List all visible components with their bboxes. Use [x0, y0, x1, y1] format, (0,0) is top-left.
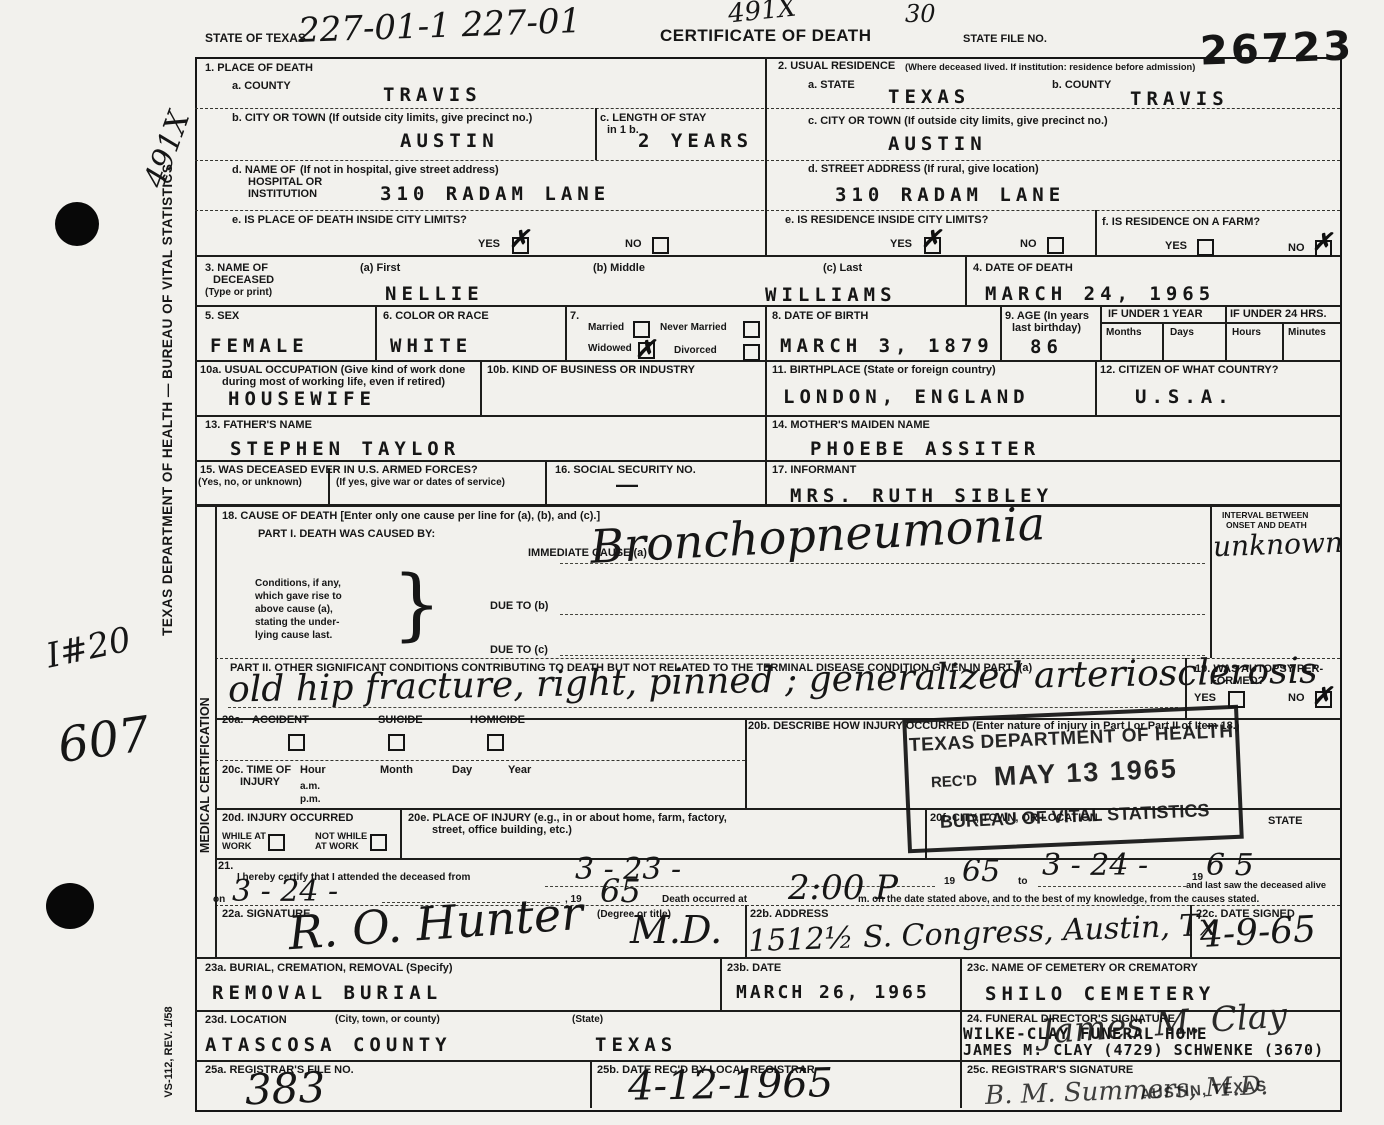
armed-forces-label: 15. WAS DECEASED EVER IN U.S. ARMED FORC… [200, 464, 478, 477]
margin-department-text: TEXAS DEPARTMENT OF HEALTH — BUREAU OF V… [160, 140, 176, 660]
divider-line [565, 305, 567, 360]
handwritten-607: 607 [55, 706, 154, 774]
age-label: 9. AGE (In years [1005, 310, 1089, 323]
burial-removal-value: REMOVAL BURIAL [212, 982, 442, 1004]
no-label: NO [1020, 238, 1037, 251]
stamp-line3: BUREAU OF VITAL STATISTICS [910, 799, 1239, 834]
age-label2: last birthday) [1012, 322, 1081, 335]
day-label: Day [452, 764, 472, 777]
divider-line [400, 808, 402, 858]
hours-label: Hours [1232, 327, 1261, 339]
accident-label: ACCIDENT [252, 714, 309, 727]
homicide-label: HOMICIDE [470, 714, 525, 727]
place-of-injury-label: 20e. PLACE OF INJURY (e.g., in or about … [408, 812, 727, 825]
divider-line [1100, 322, 1340, 324]
burial-date-value: MARCH 26, 1965 [736, 982, 930, 1003]
burial-location-sub2: (State) [572, 1014, 603, 1026]
certificate-title: CERTIFICATE OF DEATH [660, 26, 871, 46]
divider-line [195, 460, 1340, 462]
mothers-maiden-name-value: PHOEBE ASSITER [810, 438, 1040, 460]
divider-line [195, 504, 1340, 507]
hospital-label: d. NAME OF [232, 164, 296, 177]
divider-line [195, 415, 1340, 417]
state-file-no-label: STATE FILE NO. [963, 33, 1047, 46]
divider-line [375, 305, 377, 360]
part1-label: PART I. DEATH WAS CAUSED BY: [258, 528, 435, 541]
checkbox-homicide [487, 734, 504, 751]
street-address-value: 310 RADAM LANE [835, 184, 1065, 206]
divider-line [765, 305, 767, 360]
divider-line [215, 858, 1340, 860]
margin-form-revision: VS-112, REV. 1/58 [163, 982, 175, 1122]
year-label: Year [508, 764, 531, 777]
residence-city-value: AUSTIN [888, 133, 987, 155]
residence-city-limits-label: e. IS RESIDENCE INSIDE CITY LIMITS? [785, 214, 988, 227]
armed-forces-sub2: (If yes, give war or dates of service) [336, 477, 505, 489]
divider-line [195, 160, 1340, 161]
informant-label: 17. INFORMANT [772, 464, 856, 477]
date-of-birth-label: 8. DATE OF BIRTH [772, 310, 868, 323]
stamp-line1: TEXAS DEPARTMENT OF HEALTH [907, 721, 1236, 757]
received-stamp: TEXAS DEPARTMENT OF HEALTH REC'D MAY 13 … [902, 705, 1244, 854]
minutes-label: Minutes [1288, 327, 1326, 339]
city-value: AUSTIN [400, 130, 499, 152]
length-of-stay-label: c. LENGTH OF STAY [600, 112, 706, 125]
suicide-label: SUICIDE [378, 714, 423, 727]
hospital-paren: (If not in hospital, give street address… [300, 164, 499, 177]
hospital-value: 310 RADAM LANE [380, 183, 610, 205]
handwritten-date-recd: 4-12-1965 [628, 1060, 834, 1110]
divider-line [960, 1010, 962, 1060]
burial-removal-label: 23a. BURIAL, CREMATION, REMOVAL (Specify… [205, 962, 453, 975]
cemetery-value: SHILO CEMETERY [985, 983, 1215, 1005]
place-of-injury-label2: street, office building, etc.) [432, 824, 572, 837]
divider-line [960, 1060, 962, 1108]
residence-farm-label: f. IS RESIDENCE ON A FARM? [1102, 216, 1260, 229]
yes-label: YES [1194, 692, 1216, 705]
residence-city-label: c. CITY OR TOWN (If outside city limits,… [808, 115, 1108, 128]
last-name-value: WILLIAMS [765, 284, 897, 306]
name-of-deceased-label: 3. NAME OF [205, 262, 268, 275]
divider-line [545, 460, 547, 505]
time-of-injury-label2: INJURY [240, 776, 280, 789]
month-label: Month [380, 764, 413, 777]
checkbox-not-while-at-work [370, 834, 387, 851]
yes-label: YES [1165, 240, 1187, 253]
divider-line [1095, 360, 1097, 415]
usual-residence-paren: (Where deceased lived. If institution: r… [905, 62, 1195, 73]
if-under-1-year-label: IF UNDER 1 YEAR [1108, 308, 1203, 321]
divider-line [1225, 305, 1227, 360]
divider-line [195, 210, 1340, 211]
divider-line [745, 905, 747, 957]
length-of-stay-label2: in 1 b. [607, 124, 639, 137]
cause-of-death-label: 18. CAUSE OF DEATH [Enter only one cause… [222, 510, 600, 523]
never-married-label: Never Married [660, 322, 727, 334]
certify-tail-text: m. on the date stated above, and to the … [858, 894, 1259, 905]
injury-state-label: STATE [1268, 815, 1302, 828]
occupation-value: HOUSEWIFE [228, 388, 376, 410]
due-to-c-label: DUE TO (c) [490, 644, 548, 657]
divider-line [595, 108, 597, 160]
divider-line [215, 760, 745, 761]
no-label: NO [625, 238, 642, 251]
hospital-label2: HOSPITAL OR [248, 176, 322, 189]
divider-line [960, 957, 962, 1010]
marital-status-label: 7. [570, 310, 579, 323]
x-mark: ✗ [1312, 681, 1332, 710]
place-of-death-title: 1. PLACE OF DEATH [205, 62, 313, 75]
handwritten-top-number-2: 30 [905, 0, 936, 28]
hole-punch [46, 883, 94, 929]
checkbox-suicide [388, 734, 405, 751]
autopsy-label2: FORMED? [1210, 675, 1264, 688]
handwritten-attended-to: 3 - 24 - [1042, 848, 1148, 883]
armed-forces-sub1: (Yes, no, or unknown) [198, 477, 302, 489]
checkbox-place-death-yes: ✗ [512, 237, 529, 254]
divider-line [745, 718, 747, 808]
place-death-city-limits-label: e. IS PLACE OF DEATH INSIDE CITY LIMITS? [232, 214, 467, 227]
autopsy-label: 19. WAS AUTOPSY PER- [1195, 663, 1323, 676]
burial-location-label: 23d. LOCATION [205, 1014, 287, 1027]
divorced-label: Divorced [674, 345, 717, 357]
checkbox-farm-yes [1197, 239, 1214, 256]
injury-occurred-label: 20d. INJURY OCCURRED [222, 812, 353, 825]
business-industry-label: 10b. KIND OF BUSINESS OR INDUSTRY [487, 364, 695, 377]
fathers-name-label: 13. FATHER'S NAME [205, 419, 312, 432]
occupation-label2: during most of working life, even if ret… [222, 376, 445, 389]
no-label: NO [1288, 242, 1305, 255]
handwritten-interval: unknown [1212, 526, 1343, 564]
color-race-value: WHITE [390, 335, 472, 357]
on-label: on [213, 894, 225, 906]
date-of-death-value: MARCH 24, 1965 [985, 283, 1215, 305]
divider-line [195, 255, 1340, 257]
x-mark: ✗ [509, 224, 529, 253]
conditions-line: above cause (a), [255, 604, 333, 616]
divider-line [965, 255, 967, 305]
due-to-b-label: DUE TO (b) [490, 600, 548, 613]
to-label: to [1018, 876, 1027, 888]
divider-line [765, 57, 767, 255]
county-value: TRAVIS [383, 84, 482, 106]
address-label: 22b. ADDRESS [750, 908, 828, 921]
age-value: 86 [1030, 336, 1063, 358]
divider-line [590, 1060, 592, 1108]
accident-section-number: 20a. [222, 714, 243, 727]
burial-location-value: ATASCOSA COUNTY [205, 1034, 452, 1056]
yes-label: YES [478, 238, 500, 251]
citizen-label: 12. CITIZEN OF WHAT COUNTRY? [1100, 364, 1278, 377]
married-label: Married [588, 322, 624, 334]
conditions-line: Conditions, if any, [255, 578, 341, 590]
while-at-work-label2: WORK [222, 841, 251, 852]
handwritten-margin-number: 491X [137, 107, 197, 193]
ssn-value: — [616, 472, 638, 498]
hospital-label3: INSTITUTION [248, 188, 317, 201]
last-saw-alive-text: and last saw the deceased alive [1186, 880, 1326, 891]
birthplace-value: LONDON, ENGLAND [783, 386, 1030, 408]
registrar-signature-label: 25c. REGISTRAR'S SIGNATURE [967, 1064, 1133, 1077]
burial-date-label: 23b. DATE [727, 962, 781, 975]
x-mark: ✗ [1312, 227, 1332, 256]
yes-label: YES [890, 238, 912, 251]
handwritten-i20: I#20 [43, 620, 135, 677]
divider-line [1162, 322, 1164, 360]
divider-line [765, 460, 767, 505]
checkbox-while-at-work [268, 834, 285, 851]
state-of-texas-label: STATE OF TEXAS [205, 32, 306, 46]
checkbox-residence-city-no [1047, 237, 1064, 254]
divider-line [765, 360, 767, 415]
sex-value: FEMALE [210, 335, 309, 357]
divider-line [1100, 305, 1102, 360]
fathers-name-value: STEPHEN TAYLOR [230, 438, 460, 460]
handwritten-date-signed: 4-9-65 [1199, 909, 1317, 956]
no-label: NO [1288, 692, 1305, 705]
divider-line [228, 707, 1178, 708]
first-name-label: (a) First [360, 262, 400, 275]
county-label: a. COUNTY [232, 80, 291, 93]
checkbox-never-married [743, 321, 760, 338]
handwritten-degree: M.D. [630, 908, 722, 952]
months-label: Months [1106, 327, 1142, 339]
am-label: a.m. [300, 781, 320, 793]
checkbox-place-death-no [652, 237, 669, 254]
checkbox-residence-city-yes: ✗ [924, 237, 941, 254]
occupation-label: 10a. USUAL OCCUPATION (Give kind of work… [200, 364, 465, 377]
x-mark: ✗ [921, 224, 941, 253]
name-of-deceased-label2: DECEASED [213, 274, 274, 287]
handwritten-to-year: 6 5 [1206, 848, 1254, 883]
checkbox-farm-no: ✗ [1315, 240, 1332, 257]
middle-name-label: (b) Middle [593, 262, 645, 275]
checkbox-accident [288, 734, 305, 751]
divider-line [1000, 305, 1002, 360]
hole-punch [55, 202, 99, 246]
divider-line [195, 360, 1340, 362]
checkbox-widowed: ✗ [638, 342, 655, 359]
conditions-line: stating the under- [255, 617, 339, 629]
death-occurred-at-label: Death occurred at [662, 894, 747, 906]
street-address-label: d. STREET ADDRESS (If rural, give locati… [808, 163, 1039, 176]
if-under-24-hrs-label: IF UNDER 24 HRS. [1230, 308, 1327, 321]
x-mark: ✗ [635, 334, 655, 363]
interval-label: INTERVAL BETWEEN [1222, 510, 1308, 520]
city-label: b. CITY OR TOWN (If outside city limits,… [232, 112, 532, 125]
widowed-label: Widowed [588, 343, 632, 355]
divider-line [1282, 322, 1284, 360]
divider-line [480, 360, 482, 415]
citizen-value: U.S.A. [1135, 386, 1234, 408]
brace-glyph: } [392, 560, 442, 650]
birthplace-label: 11. BIRTHPLACE (State or foreign country… [772, 364, 996, 377]
divider-line [1095, 210, 1097, 255]
residence-state-label: a. STATE [808, 79, 855, 92]
year-19-prefix: 19 [944, 876, 955, 888]
residence-county-label: b. COUNTY [1052, 79, 1111, 92]
stamp-date: MAY 13 1965 [993, 753, 1178, 792]
time-of-injury-label: 20c. TIME OF [222, 764, 291, 777]
certify-section-number: 21. [218, 860, 233, 873]
handwritten-from-year: 65 [962, 854, 1000, 889]
date-of-death-label: 4. DATE OF DEATH [973, 262, 1073, 275]
handwritten-registrar-file-no: 383 [244, 1063, 326, 1115]
divider-line [1038, 886, 1186, 887]
mothers-maiden-name-label: 14. MOTHER'S MAIDEN NAME [772, 419, 930, 432]
checkbox-autopsy-no: ✗ [1315, 691, 1332, 708]
type-or-print-label: (Type or print) [205, 287, 272, 299]
residence-county-value: TRAVIS [1130, 88, 1229, 110]
handwritten-on-year: 65 [600, 872, 641, 910]
not-while-at-work-label2: AT WORK [315, 841, 359, 852]
first-name-value: NELLIE [385, 283, 484, 305]
color-race-label: 6. COLOR OR RACE [383, 310, 489, 323]
burial-state-value: TEXAS [595, 1034, 677, 1056]
stamp-recd-label: REC'D [931, 772, 978, 791]
checkbox-divorced [743, 344, 760, 361]
days-label: Days [1170, 327, 1194, 339]
death-certificate-scan: TEXAS DEPARTMENT OF HEALTH — BUREAU OF V… [0, 0, 1384, 1125]
conditions-line: lying cause last. [255, 630, 332, 642]
cemetery-label: 23c. NAME OF CEMETERY OR CREMATORY [967, 962, 1198, 975]
divider-line [765, 415, 767, 460]
burial-location-sub1: (City, town, or county) [335, 1014, 440, 1026]
pm-label: p.m. [300, 794, 321, 806]
handwritten-file-code: 227-01-1 227-01 [297, 1, 581, 51]
sex-label: 5. SEX [205, 310, 239, 323]
divider-line [560, 614, 1205, 615]
divider-line [720, 957, 722, 1010]
divider-line [215, 504, 217, 957]
divider-line [1210, 504, 1212, 658]
length-of-stay-value: 2 YEARS [638, 130, 753, 152]
conditions-line: which gave rise to [255, 591, 342, 603]
residence-state-value: TEXAS [888, 86, 970, 108]
date-of-birth-value: MARCH 3, 1879 [780, 335, 994, 357]
last-name-label: (c) Last [823, 262, 862, 275]
usual-residence-title: 2. USUAL RESIDENCE [778, 60, 895, 73]
hour-label: Hour [300, 764, 326, 777]
